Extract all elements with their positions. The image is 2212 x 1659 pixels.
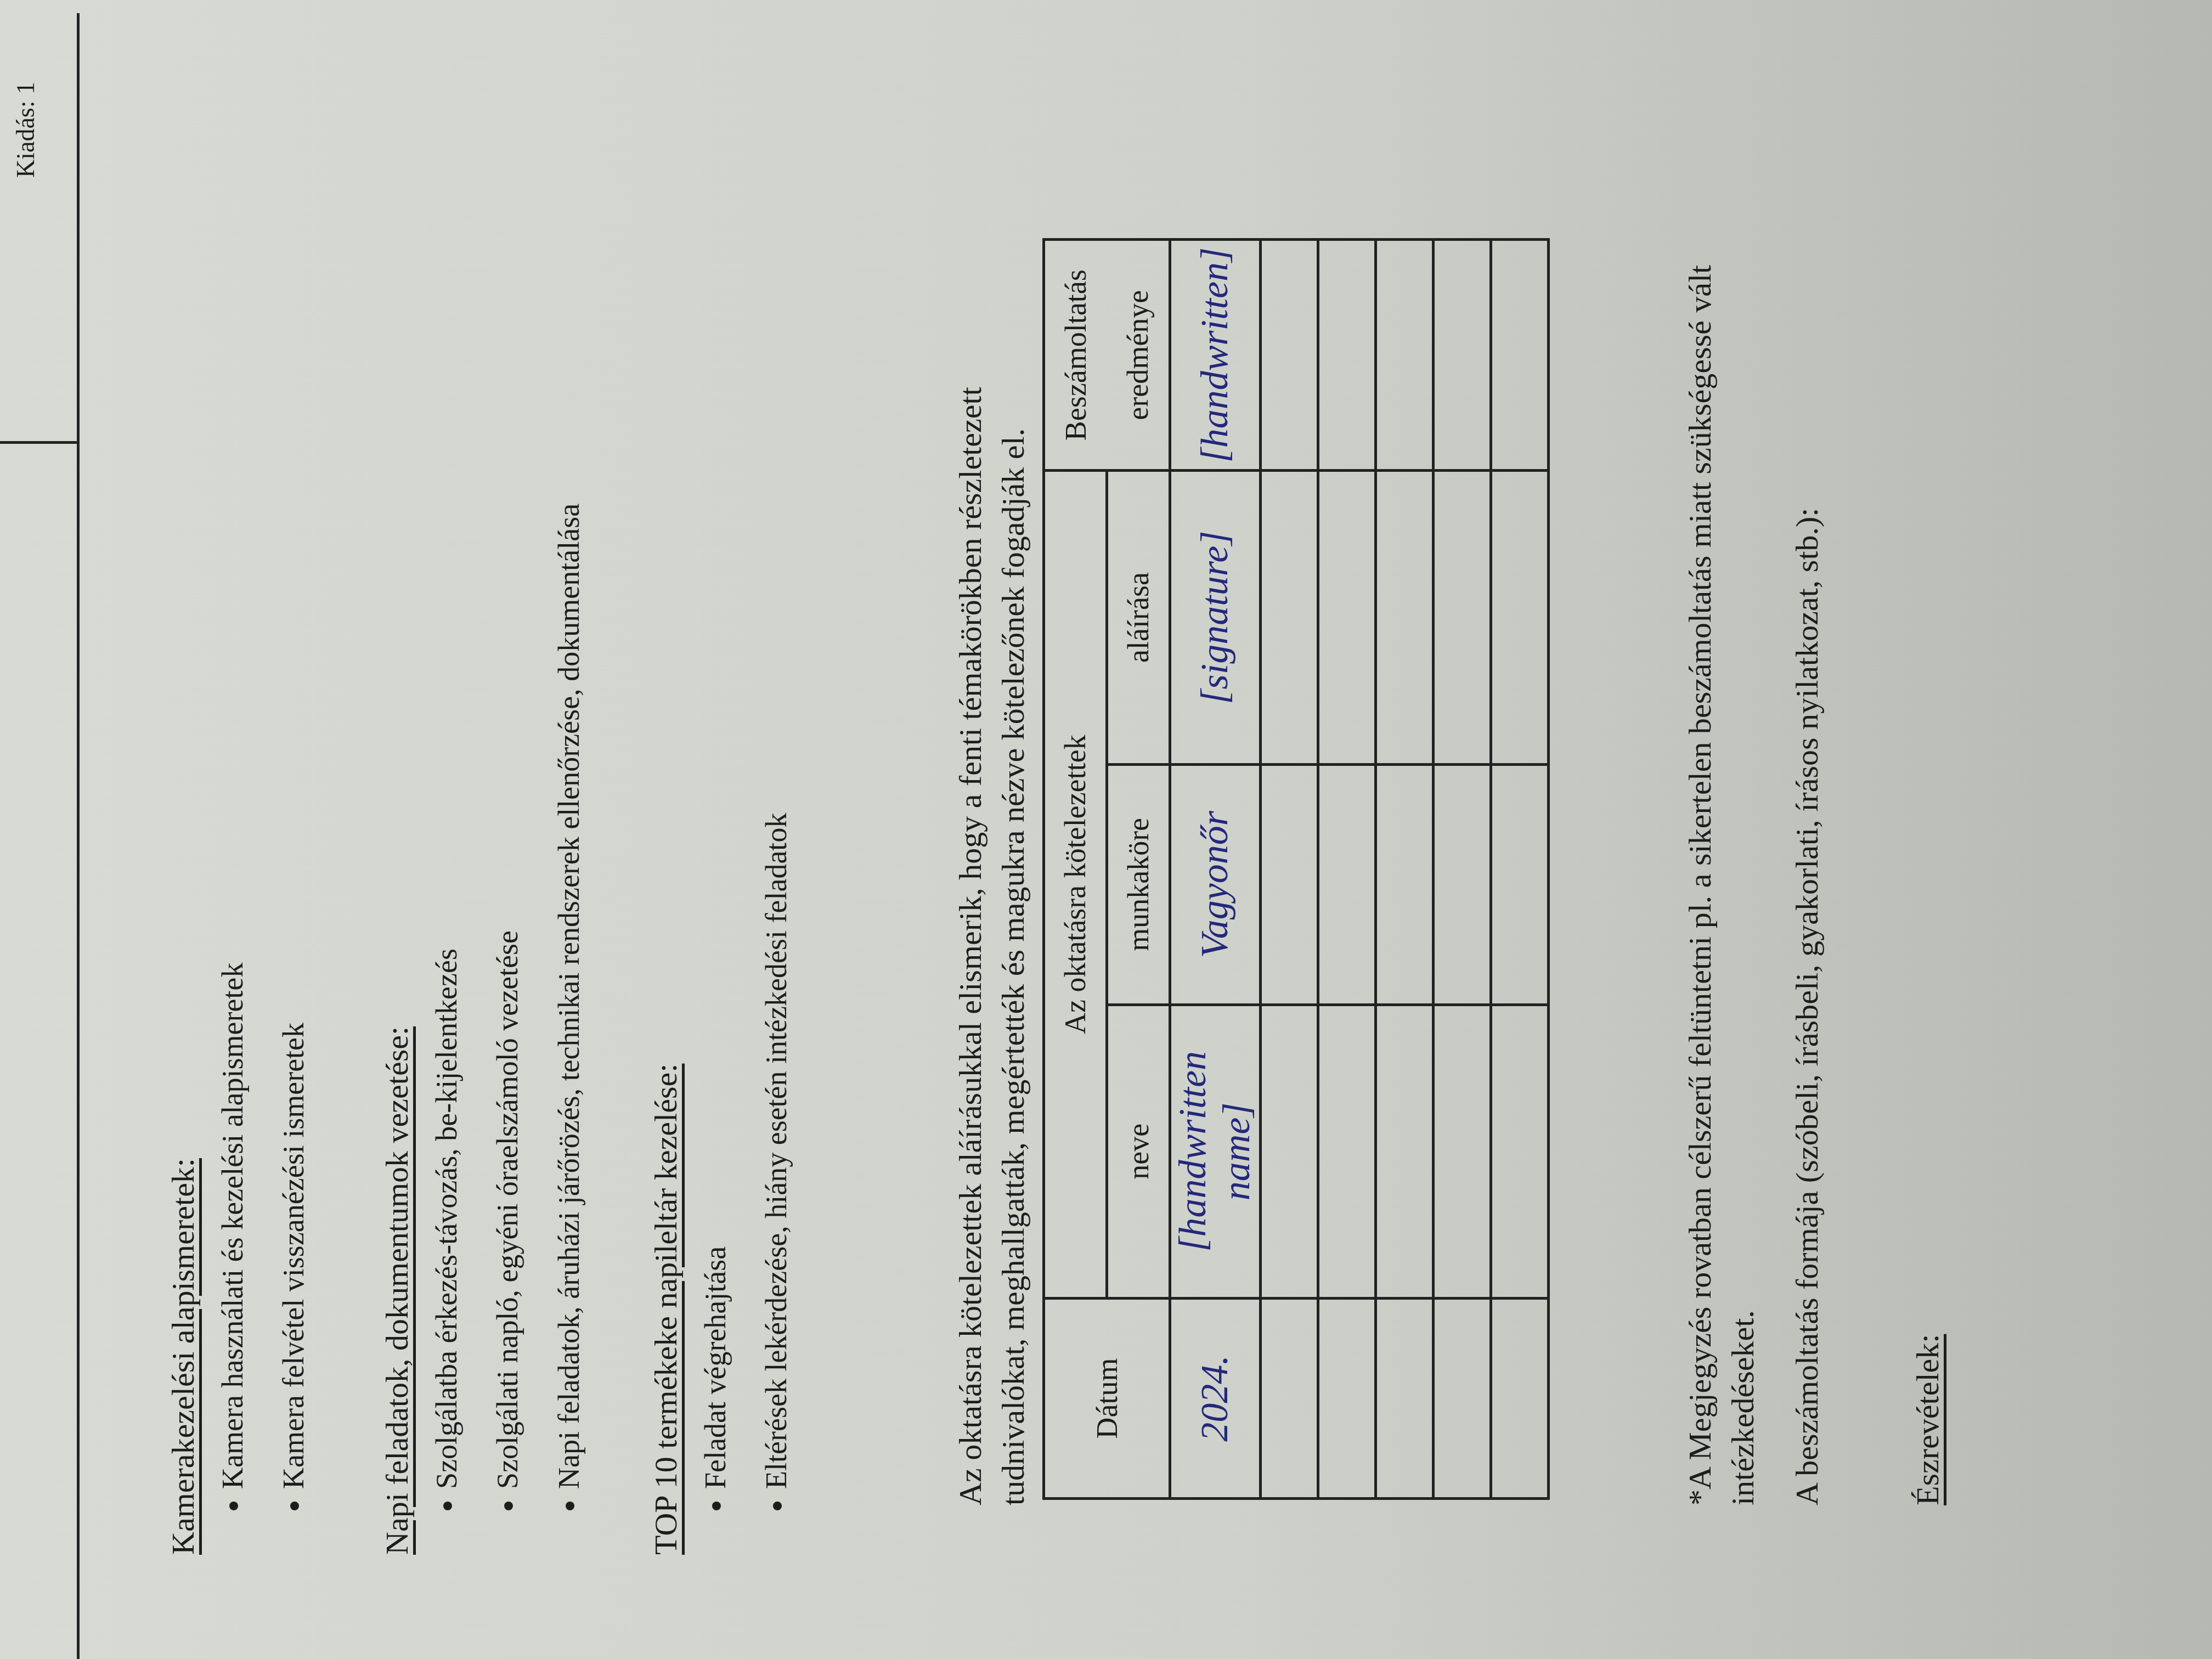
- cell-munkakore: [1434, 764, 1491, 1005]
- document-page: Kiadás: 1 Kamerakezelési alapismeretek: …: [0, 0, 2212, 1659]
- training-table: Dátum Az oktatásra kötelezettek Beszámol…: [1042, 238, 1550, 1500]
- cell-alairasa: [signature]: [1170, 471, 1261, 764]
- header-datum: Dátum: [1044, 1299, 1170, 1499]
- cell-alairasa: [1376, 471, 1434, 764]
- cell-datum: [1318, 1299, 1376, 1499]
- header-alairasa: aláírása: [1107, 471, 1170, 764]
- list-item: Kamera használati és kezelési alapismere…: [217, 962, 249, 1489]
- cell-eredmenye: [1376, 240, 1434, 471]
- list-item: Eltérések lekérdezése, hiány esetén inté…: [760, 813, 793, 1489]
- cell-alairasa: [1261, 471, 1318, 764]
- cell-neve: [1434, 1005, 1491, 1298]
- cell-eredmenye: [1434, 240, 1491, 471]
- cell-munkakore: [1318, 764, 1376, 1005]
- cell-eredmenye: [1318, 240, 1376, 471]
- list-item: Kamera felvétel visszanézési ismeretek: [278, 962, 310, 1489]
- list-item: Feladat végrehajtása: [699, 813, 732, 1489]
- table-row: [1318, 240, 1376, 1499]
- cell-neve: [1376, 1005, 1434, 1298]
- cell-neve: [handwritten name]: [1170, 1005, 1261, 1298]
- cell-datum: 2024.: [1170, 1299, 1261, 1499]
- header-result-bottom: eredménye: [1107, 240, 1170, 471]
- list-item: Szolgálati napló, egyéni óraelszámoló ve…: [492, 504, 524, 1489]
- section-top10: TOP 10 termékeke napileltár kezelése: Fe…: [647, 813, 822, 1555]
- cell-munkakore: [1491, 764, 1549, 1005]
- cell-eredmenye: [handwritten]: [1170, 240, 1261, 471]
- table-row: [1376, 240, 1434, 1499]
- cell-alairasa: [1434, 471, 1491, 764]
- table-row: [1491, 240, 1549, 1499]
- cell-neve: [1318, 1005, 1376, 1298]
- cell-neve: [1491, 1005, 1549, 1298]
- section-daily-tasks: Napi feladatok, dokumentumok vezetése: S…: [379, 504, 614, 1555]
- cell-datum: [1491, 1299, 1549, 1499]
- cell-munkakore: [1261, 764, 1318, 1005]
- header-munkakore: munkaköre: [1107, 764, 1170, 1005]
- header-group: Az oktatásra kötelezettek: [1044, 471, 1107, 1299]
- cell-datum: [1434, 1299, 1491, 1499]
- table-row: 2024.[handwritten name]Vagyonőr[signatur…: [1170, 240, 1261, 1499]
- cell-eredmenye: [1261, 240, 1318, 471]
- section-title: TOP 10 termékeke napileltár kezelése:: [647, 813, 684, 1555]
- list-item: Szolgálatba érkezés-távozás, be-kijelent…: [431, 504, 463, 1489]
- cell-alairasa: [1491, 471, 1549, 764]
- section-camera: Kamerakezelési alapismeretek: Kamera has…: [165, 962, 339, 1555]
- edition-label: Kiadás: 1: [11, 82, 40, 178]
- table-row: [1261, 240, 1318, 1499]
- cell-eredmenye: [1491, 240, 1549, 471]
- cell-munkakore: [1376, 764, 1434, 1005]
- header-result-top: Beszámoltatás: [1044, 240, 1107, 471]
- header-neve: neve: [1107, 1005, 1170, 1298]
- cell-datum: [1261, 1299, 1318, 1499]
- section-title: Kamerakezelési alapismeretek:: [165, 962, 201, 1555]
- header-divider: [0, 441, 77, 444]
- cell-munkakore: Vagyonőr: [1170, 764, 1261, 1005]
- cell-neve: [1261, 1005, 1318, 1298]
- section-title: Napi feladatok, dokumentumok vezetése:: [379, 504, 415, 1555]
- form-line: A beszámoltatás formája (szóbeli, írásbe…: [1788, 508, 1825, 1505]
- remarks-label: Észrevételek:: [1909, 1334, 1946, 1505]
- header-border: [0, 13, 80, 1659]
- table-row: [1434, 240, 1491, 1499]
- cell-alairasa: [1318, 471, 1376, 764]
- list-item: Napi feladatok, áruházi járőrözés, techn…: [553, 504, 585, 1489]
- cell-datum: [1376, 1299, 1434, 1499]
- footnote: *A Megjegyzés rovatban célszerű feltünte…: [1679, 233, 1765, 1505]
- acknowledgement-text: Az oktatásra kötelezettek aláírásukkal e…: [949, 233, 1035, 1505]
